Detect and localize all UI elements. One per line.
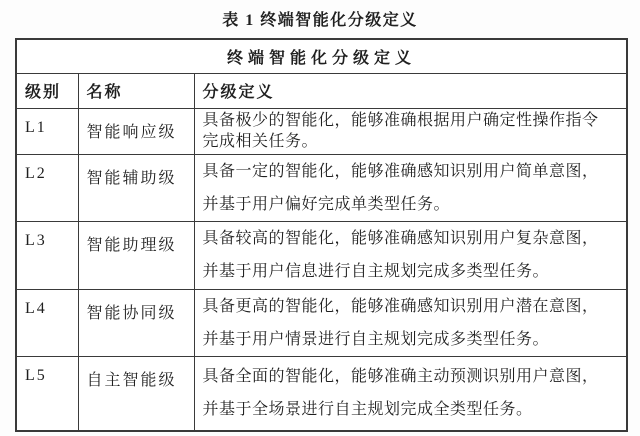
level-cell: L1 xyxy=(16,108,78,154)
definition-cell: 具备全面的智能化，能够准确主动预测识别用户意图， 并基于全场景进行自主规划完成全… xyxy=(194,356,627,431)
definition-cell: 具备一定的智能化，能够准确感知识别用户简单意图， 并基于用户偏好完成单类型任务。 xyxy=(194,154,627,221)
definition-line: 具备全面的智能化，能够准确主动预测识别用户意图， xyxy=(203,360,619,393)
column-header-name: 名称 xyxy=(78,73,194,108)
table-row: L4 智能协同级 具备更高的智能化，能够准确感知识别用户潜在意图， 并基于用户情… xyxy=(16,289,627,356)
grading-definition-table: 终端智能化分级定义 级别 名称 分级定义 L1 智能响应级 具备极少的智能化，能… xyxy=(15,38,628,432)
page-title: 表 1 终端智能化分级定义 xyxy=(0,7,640,30)
definition-line: 并基于用户情景进行自主规划完成多类型任务。 xyxy=(203,323,619,356)
level-cell: L4 xyxy=(16,289,78,356)
table-caption: 终端智能化分级定义 xyxy=(16,39,627,73)
definition-line: 并基于用户信息进行自主规划完成多类型任务。 xyxy=(203,255,619,288)
level-cell: L3 xyxy=(16,221,78,289)
name-cell: 智能辅助级 xyxy=(78,154,194,221)
definition-cell: 具备较高的智能化，能够准确感知识别用户复杂意图， 并基于用户信息进行自主规划完成… xyxy=(194,221,627,289)
name-cell: 智能响应级 xyxy=(78,108,194,154)
definition-line: 并基于用户偏好完成单类型任务。 xyxy=(203,188,619,221)
definition-cell: 具备极少的智能化，能够准确根据用户确定性操作指令 完成相关任务。 xyxy=(194,108,627,154)
name-cell: 自主智能级 xyxy=(78,356,194,431)
table-header-row: 级别 名称 分级定义 xyxy=(16,73,627,108)
level-cell: L2 xyxy=(16,154,78,221)
table-row: L5 自主智能级 具备全面的智能化，能够准确主动预测识别用户意图， 并基于全场景… xyxy=(16,356,627,431)
column-header-definition: 分级定义 xyxy=(194,73,627,108)
table-row: L2 智能辅助级 具备一定的智能化，能够准确感知识别用户简单意图， 并基于用户偏… xyxy=(16,154,627,221)
column-header-level: 级别 xyxy=(16,73,78,108)
level-cell: L5 xyxy=(16,356,78,431)
definition-line: 具备较高的智能化，能够准确感知识别用户复杂意图， xyxy=(203,222,619,255)
definition-line: 具备一定的智能化，能够准确感知识别用户简单意图， xyxy=(203,155,619,188)
name-cell: 智能助理级 xyxy=(78,221,194,289)
name-cell: 智能协同级 xyxy=(78,289,194,356)
definition-line: 具备极少的智能化，能够准确根据用户确定性操作指令 xyxy=(203,110,619,131)
definition-line: 具备更高的智能化，能够准确感知识别用户潜在意图， xyxy=(203,290,619,323)
definition-line: 并基于全场景进行自主规划完成全类型任务。 xyxy=(203,393,619,426)
definition-line: 完成相关任务。 xyxy=(203,131,619,152)
table-row: L3 智能助理级 具备较高的智能化，能够准确感知识别用户复杂意图， 并基于用户信… xyxy=(16,221,627,289)
definition-cell: 具备更高的智能化，能够准确感知识别用户潜在意图， 并基于用户情景进行自主规划完成… xyxy=(194,289,627,356)
table-caption-row: 终端智能化分级定义 xyxy=(16,39,627,73)
table-row: L1 智能响应级 具备极少的智能化，能够准确根据用户确定性操作指令 完成相关任务… xyxy=(16,108,627,154)
